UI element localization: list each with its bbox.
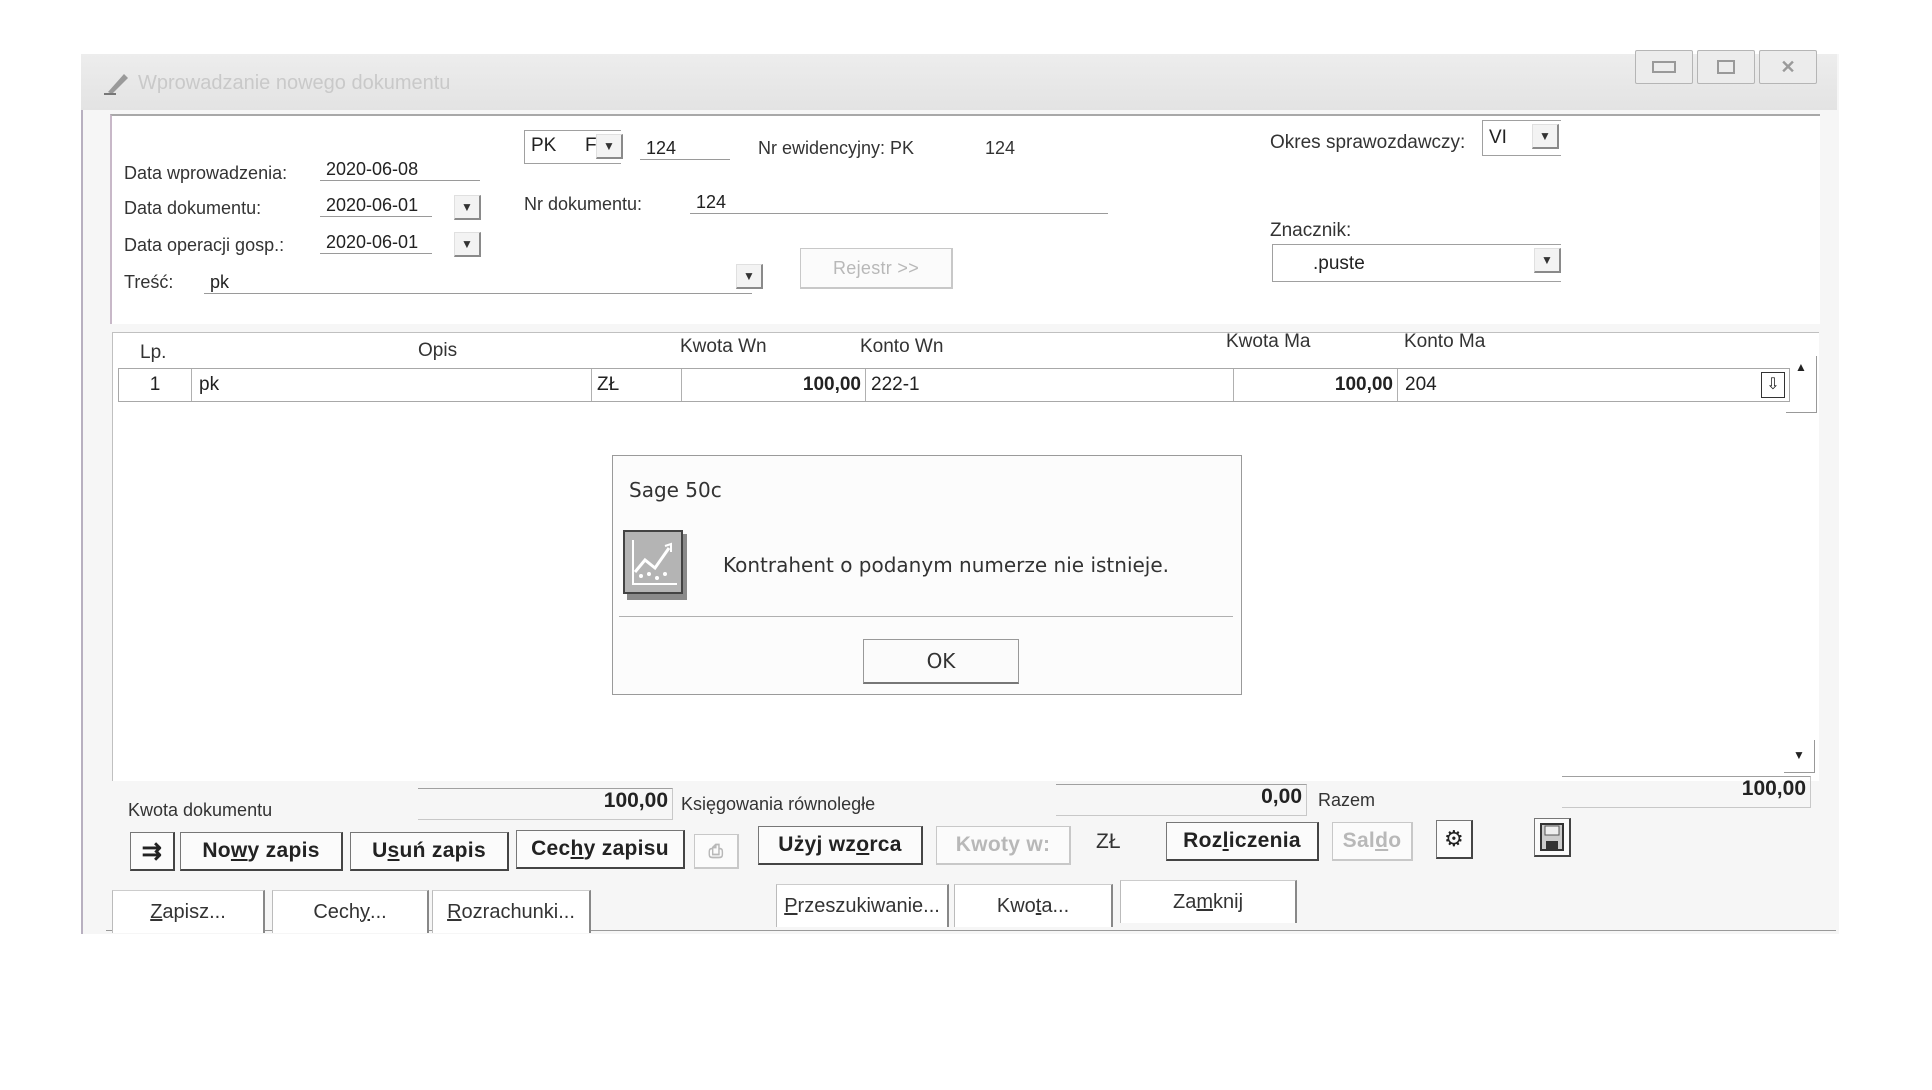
tresc-field[interactable]: pk <box>204 272 752 294</box>
data-operacji-label: Data operacji gosp.: <box>124 235 284 256</box>
attach-button[interactable]: ⎙ <box>694 834 739 869</box>
column-header-lp[interactable]: Lp. <box>140 342 166 364</box>
floppy-disk-icon <box>1540 823 1564 851</box>
label-part: Użyj wz <box>778 833 856 857</box>
sage-chart-icon <box>623 530 685 596</box>
cell-konto-wn[interactable]: 222-1 <box>867 369 1234 401</box>
znacznik-dropdown-icon[interactable]: ▼ <box>1534 248 1561 273</box>
label-part: Za <box>1173 891 1196 914</box>
dialog-divider <box>619 616 1233 617</box>
save-disk-button[interactable] <box>1534 818 1571 857</box>
tab-zapisz[interactable]: Zapisz... <box>112 890 265 933</box>
tresc-label: Treść: <box>124 272 173 293</box>
data-wprowadzenia-label: Data wprowadzenia: <box>124 163 287 184</box>
label-part: rzeszukiwanie... <box>798 895 940 918</box>
label-part: Sal <box>1343 829 1375 853</box>
table-row[interactable]: 1 pk ZŁ 100,00 222-1 100,00 204 ⇩ <box>118 368 1790 402</box>
currency-label: ZŁ <box>1096 830 1121 854</box>
label-part: apisz... <box>162 901 225 924</box>
cechy-zapisu-button[interactable]: Cechy zapisu <box>516 830 685 869</box>
razem-label: Razem <box>1318 790 1375 811</box>
close-icon: ✕ <box>1780 57 1795 78</box>
label-part: a... <box>1041 895 1069 918</box>
grid-scrollbar-top[interactable]: ▲ <box>1786 356 1817 413</box>
accel-key: y <box>360 901 370 924</box>
accel-key: w <box>231 839 248 863</box>
tab-przeszukiwanie[interactable]: Przeszukiwanie... <box>776 884 949 927</box>
okres-dropdown-icon[interactable]: ▼ <box>1532 124 1559 149</box>
label-part: ozrachunki... <box>462 901 575 924</box>
rozliczenia-button[interactable]: Rozliczenia <box>1166 822 1319 861</box>
data-dokumentu-dropdown-icon[interactable]: ▼ <box>454 195 481 220</box>
label-part: y zapisu <box>584 837 669 861</box>
cell-kwota-ma[interactable]: 100,00 <box>1219 369 1398 401</box>
uzyj-wzorca-button[interactable]: Użyj wzorca <box>758 826 923 865</box>
data-dokumentu-label: Data dokumentu: <box>124 198 261 219</box>
label-part: knij <box>1213 891 1243 914</box>
close-button[interactable]: ✕ <box>1759 50 1817 84</box>
ksiegowania-label: Księgowania równoległe <box>681 794 875 815</box>
record-navigation-button[interactable]: ⇉ <box>130 832 175 871</box>
data-wprowadzenia-field: 2020-06-08 <box>320 159 480 181</box>
label-part: Cech <box>313 901 360 924</box>
label-part: y zapis <box>248 839 320 863</box>
download-arrow-icon[interactable]: ⇩ <box>1761 372 1785 398</box>
cell-waluta[interactable]: ZŁ <box>593 369 682 401</box>
doc-type-dropdown-icon[interactable]: ▼ <box>596 134 623 159</box>
accel-key: Z <box>150 901 162 924</box>
razem-value: 100,00 <box>1562 776 1811 808</box>
accel-key: P <box>784 895 797 918</box>
znacznik-label: Znacznik: <box>1270 220 1351 242</box>
nr-dokumentu-label: Nr dokumentu: <box>524 194 642 215</box>
accel-key: m <box>1196 891 1213 914</box>
tab-kwota[interactable]: Kwota... <box>954 884 1113 927</box>
ksiegowania-value: 0,00 <box>1056 784 1307 816</box>
window-title: Wprowadzanie nowego dokumentu <box>138 72 450 95</box>
cell-konto-ma[interactable]: 204 <box>1401 369 1735 401</box>
label-part: uń zapis <box>400 839 486 863</box>
label-part: No <box>202 839 231 863</box>
nr-ewidencyjny-value: 124 <box>985 138 1015 159</box>
label-part: o <box>1388 829 1401 853</box>
dialog-message: Kontrahent o podanym numerze nie istniej… <box>723 553 1169 577</box>
rejestr-button[interactable]: Rejestr >> <box>800 248 953 289</box>
accel-key: o <box>856 833 869 857</box>
minimize-button[interactable] <box>1635 50 1693 84</box>
ok-button[interactable]: OK <box>863 639 1019 684</box>
minimize-icon <box>1652 61 1676 73</box>
column-header-kwota-ma[interactable]: Kwota Ma <box>1226 331 1310 353</box>
tab-cechy[interactable]: Cechy... <box>272 890 429 933</box>
label-part: Kwo <box>997 895 1036 918</box>
column-header-kwota-wn[interactable]: Kwota Wn <box>680 336 767 358</box>
message-dialog: Sage 50c Kontrahent o podanym numerze ni… <box>612 455 1242 695</box>
tab-rozrachunki[interactable]: Rozrachunki... <box>432 890 591 933</box>
okres-value: VI <box>1489 127 1507 149</box>
column-header-konto-ma[interactable]: Konto Ma <box>1404 331 1485 353</box>
label-part: rca <box>869 833 901 857</box>
nowy-zapis-button[interactable]: Nowy zapis <box>180 832 343 871</box>
label-part: iczenia <box>1229 829 1301 853</box>
label-part: ... <box>370 901 387 924</box>
label-part: U <box>372 839 387 863</box>
maximize-button[interactable] <box>1697 50 1755 84</box>
doc-type-suffix: F <box>585 135 597 157</box>
double-arrow-icon: ⇉ <box>142 837 162 866</box>
scroll-down-button[interactable]: ▼ <box>1784 740 1815 773</box>
gear-icon: ⚙ <box>1444 826 1464 852</box>
doc-number-small-field[interactable]: 124 <box>640 138 730 160</box>
cell-opis[interactable]: pk <box>193 369 592 401</box>
tab-zamknij[interactable]: Zamknij <box>1120 880 1297 923</box>
tresc-dropdown-icon[interactable]: ▼ <box>736 264 763 289</box>
kwota-dokumentu-label: Kwota dokumentu <box>128 800 272 821</box>
data-operacji-dropdown-icon[interactable]: ▼ <box>454 232 481 257</box>
usun-zapis-button[interactable]: Usuń zapis <box>350 832 509 871</box>
cell-lp[interactable]: 1 <box>119 369 192 401</box>
data-operacji-field[interactable]: 2020-06-01 <box>320 232 432 254</box>
znacznik-select[interactable]: .puste <box>1272 244 1561 282</box>
settings-button[interactable]: ⚙ <box>1436 820 1473 859</box>
doc-type-value: PK <box>531 135 556 157</box>
column-header-opis[interactable]: Opis <box>418 340 457 362</box>
column-header-konto-wn[interactable]: Konto Wn <box>860 336 943 358</box>
nr-dokumentu-field[interactable]: 124 <box>690 192 1108 214</box>
accel-key: s <box>388 839 400 863</box>
nr-ewidencyjny-label: Nr ewidencyjny: PK <box>758 138 914 159</box>
document-icon: ⎙ <box>709 841 724 862</box>
accel-key: h <box>571 837 584 861</box>
dialog-title: Sage 50c <box>629 478 722 502</box>
scroll-down-icon: ▼ <box>1793 748 1805 762</box>
pen-icon <box>102 70 132 96</box>
accel-key: d <box>1375 829 1388 853</box>
data-dokumentu-field[interactable]: 2020-06-01 <box>320 195 432 217</box>
cell-kwota-wn[interactable]: 100,00 <box>683 369 866 401</box>
accel-key: R <box>447 901 461 924</box>
znacznik-value: .puste <box>1313 253 1365 275</box>
label-part: Roz <box>1183 829 1222 853</box>
kwoty-w-button[interactable]: Kwoty w: <box>936 826 1071 865</box>
kwota-dokumentu-value: 100,00 <box>418 788 673 820</box>
label-part: Cec <box>531 837 570 861</box>
scroll-up-icon[interactable]: ▲ <box>1795 360 1807 374</box>
maximize-icon <box>1717 60 1735 74</box>
saldo-button[interactable]: Saldo <box>1332 822 1413 861</box>
okres-label: Okres sprawozdawczy: <box>1270 132 1465 154</box>
